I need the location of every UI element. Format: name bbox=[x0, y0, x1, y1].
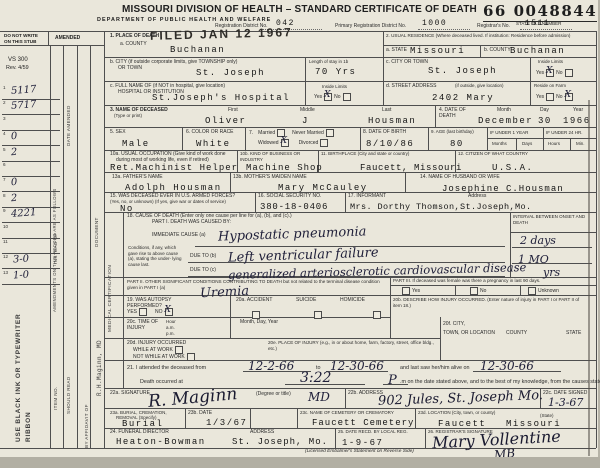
grid-line bbox=[90, 45, 91, 448]
stub-item-number: 2 bbox=[3, 100, 6, 105]
months-label: Months bbox=[492, 141, 507, 147]
last-name-label: Last bbox=[382, 107, 391, 113]
res-street-value: 2402 Mary bbox=[432, 93, 494, 103]
dod-month-value: December bbox=[478, 116, 533, 126]
grid-line bbox=[455, 285, 456, 295]
min-label: Min. bbox=[576, 141, 585, 147]
last-name-value: Housman bbox=[368, 116, 416, 126]
grid-line bbox=[2, 145, 60, 146]
due-to-c-label: DUE TO (c) bbox=[190, 267, 216, 273]
part3-label: PART III. If deceased was female was the… bbox=[393, 278, 553, 284]
attended-label: 21. I attended the deceased from bbox=[127, 365, 206, 372]
grid-line bbox=[530, 57, 531, 105]
injury-state-label: STATE bbox=[566, 330, 581, 336]
grid-line bbox=[487, 138, 596, 139]
grid-line bbox=[480, 45, 481, 57]
stub-item-value: 2 bbox=[10, 147, 17, 158]
accident-label: 20a. ACCIDENT bbox=[236, 297, 272, 303]
age-label: 9. AGE (last birthday) bbox=[431, 129, 483, 135]
stub-amended-label: AMENDED bbox=[55, 35, 80, 41]
pregnancy-unknown-label: Unknown bbox=[538, 288, 559, 294]
photo-bottom-edge bbox=[0, 457, 600, 468]
residence-section-label: 2. USUAL RESIDENCE (Where deceased lived… bbox=[386, 33, 594, 39]
res-farm-yes-checkbox bbox=[546, 93, 554, 101]
pod-inside-yes-label: Yes bbox=[314, 94, 322, 100]
place-of-injury-label: 20e. PLACE OF INJURY (e.g., in or about … bbox=[268, 340, 436, 351]
cemetery-label: 23c. NAME OF CEMETERY OR CREMATORY bbox=[300, 410, 394, 416]
date-received-label: 25. DATE RECD. BY LOCAL REG. bbox=[338, 429, 418, 435]
describe-injury-label: 20b. DESCRIBE HOW INJURY OCCURRED. (Ente… bbox=[393, 297, 589, 308]
pregnancy-no-checkbox bbox=[470, 287, 478, 295]
if-under-1-year-label: IF UNDER 1 YEAR bbox=[490, 130, 528, 136]
informant-label: 17. INFORMANT bbox=[348, 193, 386, 199]
first-name-value: Oliver bbox=[205, 116, 246, 126]
grid-line bbox=[123, 212, 124, 388]
death-occurred-label: Death occurred at bbox=[140, 379, 183, 386]
res-inside-yes-mark: X bbox=[546, 66, 552, 76]
am-label: a.m. bbox=[166, 325, 175, 331]
grid-line bbox=[104, 295, 596, 296]
registrar-no-label: Registrar's No. bbox=[477, 23, 510, 29]
grid-line bbox=[543, 127, 544, 150]
grid-line bbox=[48, 31, 49, 45]
stub-item-row: 25717 bbox=[3, 100, 61, 111]
never-married-label: Never Married bbox=[292, 130, 324, 136]
res-county-value: Buchanan bbox=[510, 46, 565, 56]
grid-line bbox=[63, 45, 64, 448]
death-time-value: 3:22 bbox=[300, 370, 331, 386]
grid-line bbox=[405, 172, 406, 192]
grid-line bbox=[297, 408, 298, 428]
date-received-value: 1-9-67 bbox=[342, 438, 383, 448]
location-label: 23d. LOCATION (City, town, or county) bbox=[418, 410, 495, 416]
degree-or-title-label: (Degree or title) bbox=[256, 391, 291, 397]
grid-line bbox=[435, 105, 436, 127]
days-label: Days bbox=[522, 141, 532, 147]
grid-line bbox=[510, 232, 596, 233]
grid-line bbox=[104, 338, 440, 339]
length-of-stay-value: 70 Yrs bbox=[315, 67, 356, 77]
occupation-value: Ret.Machinist Helper bbox=[110, 163, 238, 173]
stub-item-value: 5717 bbox=[10, 99, 36, 112]
res-inside-yes-checkbox: X bbox=[546, 69, 554, 77]
dod-year-value: 1966 bbox=[563, 116, 591, 126]
middle-name-value: J bbox=[302, 116, 309, 126]
dob-value: 8/10/86 bbox=[366, 139, 414, 149]
res-street-note: (if outside, give location) bbox=[455, 83, 504, 89]
pod-inside-no-checkbox bbox=[343, 93, 351, 101]
part2-label: PART II. OTHER SIGNIFICANT CONDITIONS CO… bbox=[127, 279, 385, 290]
spouse-name-value: Josephine C.Housman bbox=[442, 184, 564, 194]
place-of-death-section-label: 1. PLACE OF DEATH bbox=[110, 33, 159, 39]
stub-item-number: 1 bbox=[3, 85, 6, 90]
dod-day-label: Day bbox=[540, 107, 549, 113]
birthplace-label: 11. BIRTHPLACE (City and state or countr… bbox=[321, 151, 421, 157]
grid-line bbox=[487, 127, 488, 150]
funeral-director-value: Heaton-Bowman bbox=[116, 437, 206, 447]
homicide-label: HOMICIDE bbox=[340, 297, 365, 303]
suicide-label: SUICIDE bbox=[296, 297, 316, 303]
grid-line bbox=[345, 388, 346, 408]
grid-line bbox=[230, 295, 231, 338]
instead-of-column-label: INSTEAD OF bbox=[53, 202, 58, 264]
burial-value: Burial bbox=[122, 419, 163, 429]
if-under-24hr-label: IF UNDER 24 HR. bbox=[546, 130, 583, 136]
pregnancy-unknown-checkbox bbox=[528, 287, 536, 295]
death-certificate-scan: MISSOURI DIVISION OF HEALTH – STANDARD C… bbox=[0, 0, 600, 468]
stub-item-number: 5 bbox=[3, 147, 6, 152]
res-farm-no-checkbox: X bbox=[565, 93, 573, 101]
pod-hospital-value: St.Joseph's Hospital bbox=[152, 93, 290, 103]
stub-do-not-write-label: DO NOT WRITE ON THIS STUB bbox=[4, 33, 46, 45]
stub-item-row: 3 bbox=[3, 116, 61, 121]
grid-line bbox=[245, 127, 246, 150]
date-of-death-label: 4. DATE OF DEATH bbox=[439, 107, 469, 120]
res-inside-yes-label: Yes bbox=[536, 70, 544, 76]
signature-label: 22a. SIGNATURE bbox=[110, 390, 150, 396]
grid-line bbox=[255, 192, 256, 212]
not-while-at-work-label: NOT WHILE AT WORK bbox=[133, 354, 185, 360]
grid-line bbox=[185, 408, 186, 428]
pregnancy-yes-label: Yes bbox=[412, 288, 420, 294]
dod-day-value: 30 bbox=[538, 116, 552, 126]
pod-inside-no-label: No bbox=[334, 94, 340, 100]
item-no-column-label: ITEM NO. bbox=[53, 356, 58, 410]
res-street-label: d. STREET ADDRESS bbox=[386, 83, 436, 89]
res-inside-no-checkbox bbox=[565, 69, 573, 77]
res-state-value: Missouri bbox=[410, 46, 465, 56]
industry-label: 10b. KIND OF BUSINESS OR INDUSTRY bbox=[240, 151, 315, 162]
grid-line bbox=[104, 127, 596, 128]
informant-value: Mrs. Dorthy Thomson,St.Joseph,Mo. bbox=[350, 202, 532, 212]
burial-date-label: 23b. DATE bbox=[188, 410, 212, 416]
stub-item-number: 4 bbox=[3, 131, 6, 136]
ssn-label: 16. SOCIAL SECURITY NO. bbox=[258, 193, 321, 199]
res-city-label: c. CITY OR TOWN bbox=[386, 59, 428, 65]
middle-name-label: Middle bbox=[300, 107, 315, 113]
res-inside-no-label: No bbox=[556, 70, 562, 76]
photo-right-edge-line bbox=[588, 100, 590, 456]
suicide-checkbox bbox=[314, 311, 322, 319]
grid-line bbox=[415, 408, 416, 428]
citizen-value: U.S.A. bbox=[492, 163, 533, 173]
stub-item-value: 1-0 bbox=[13, 269, 30, 281]
injury-city-label: 20f. CITY, bbox=[443, 321, 465, 327]
hour-label: Hour bbox=[166, 319, 176, 325]
age-value: 80 bbox=[450, 139, 464, 149]
pregnancy-no-label: No bbox=[480, 288, 486, 294]
part1-label: PART I. DEATH WAS CAUSED BY: bbox=[152, 219, 231, 225]
mother-name-label: 13b. MOTHER'S MAIDEN NAME bbox=[233, 174, 307, 180]
stub-item-row: 40 bbox=[3, 131, 61, 142]
res-farm-yes-label: Yes bbox=[536, 94, 544, 100]
autopsy-no-checkbox: X bbox=[165, 308, 173, 316]
grid-line bbox=[425, 428, 426, 448]
stub-item-number: 10 bbox=[3, 224, 8, 229]
stub-item-number: 13 bbox=[3, 270, 8, 275]
death-meridiem-value: P bbox=[388, 373, 397, 388]
due-to-b-label: DUE TO (b) bbox=[190, 253, 216, 259]
stub-item-value: 5117 bbox=[10, 84, 36, 97]
grid-line bbox=[390, 277, 391, 338]
not-while-at-work-checkbox bbox=[187, 353, 195, 361]
grid-line bbox=[520, 285, 521, 295]
stub-item-value: 4221 bbox=[10, 207, 36, 220]
stub-item-value: 0 bbox=[10, 177, 17, 188]
page-title: MISSOURI DIVISION OF HEALTH – STANDARD C… bbox=[112, 4, 487, 15]
grid-line bbox=[104, 81, 596, 82]
length-of-stay-label: Length of stay in 1b bbox=[309, 59, 348, 65]
stub-item-number: 7 bbox=[3, 177, 6, 182]
last-saw-label: and last saw her/him alive on bbox=[400, 365, 470, 372]
grid-line bbox=[418, 29, 470, 30]
grid-line bbox=[104, 31, 105, 448]
grid-line bbox=[428, 127, 429, 150]
homicide-checkbox bbox=[373, 311, 381, 319]
date-signed-value: 1-3-67 bbox=[548, 396, 583, 409]
pod-county-label: a. COUNTY bbox=[120, 41, 147, 47]
dob-label: 8. DATE OF BIRTH bbox=[363, 129, 406, 135]
divorced-label: Divorced bbox=[299, 140, 319, 146]
race-value: White bbox=[196, 139, 231, 149]
interval-header-label: INTERVAL BETWEEN ONSET AND DEATH bbox=[513, 214, 591, 225]
grid-line bbox=[335, 428, 336, 448]
divorced-checkbox bbox=[320, 139, 328, 147]
location-state-note: (State) bbox=[540, 413, 554, 419]
grid-line bbox=[390, 285, 596, 286]
res-inside-limits-label: Inside Limits bbox=[538, 59, 563, 65]
stub-item-row: 15117 bbox=[3, 85, 61, 96]
conditions-note: Conditions, if any, which gave rise to a… bbox=[128, 245, 184, 268]
widowed-mark: X bbox=[281, 136, 287, 146]
attended-from-date: 12-2-66 bbox=[248, 359, 294, 373]
stub-item-number: 11 bbox=[3, 239, 8, 244]
grid-line bbox=[345, 192, 346, 212]
father-name-value: Adolph Housman bbox=[125, 183, 222, 193]
grid-line bbox=[0, 31, 596, 32]
name-of-deceased-note: (Type or print) bbox=[114, 113, 142, 119]
date-amended-column-label: DATE AMENDED bbox=[66, 58, 71, 146]
grid-line bbox=[512, 247, 592, 248]
primary-district-label: Primary Registration District No. bbox=[335, 23, 406, 29]
res-farm-label: Reside on Farm bbox=[534, 83, 566, 89]
grid-line bbox=[360, 127, 361, 150]
widowed-checkbox: X bbox=[281, 139, 289, 147]
grid-line bbox=[104, 105, 596, 106]
mother-name-value: Mary McCauley bbox=[278, 183, 368, 193]
ssn-value: 380-18-0406 bbox=[260, 202, 328, 212]
cemetery-value: Faucett Cemetery bbox=[312, 418, 414, 428]
grid-line bbox=[104, 317, 390, 318]
by-affidavit-column-label: BY AFFIDAVIT OF bbox=[84, 376, 89, 448]
location-value: Faucett bbox=[438, 419, 486, 429]
stub-item-number: 12 bbox=[3, 254, 8, 259]
industry-value: Machine Shop bbox=[246, 163, 323, 173]
immediate-cause-label: IMMEDIATE CAUSE (a) bbox=[152, 232, 206, 238]
res-county-label: b. COUNTY bbox=[484, 47, 511, 53]
widowed-label: Widowed bbox=[258, 140, 279, 146]
should-read-column-label: SHOULD READ bbox=[66, 348, 71, 414]
grid-line bbox=[520, 29, 572, 30]
autopsy-no-mark: X bbox=[165, 305, 171, 315]
marital-item-number: 7. bbox=[249, 130, 253, 136]
grid-line bbox=[182, 127, 183, 150]
grid-line bbox=[305, 57, 306, 105]
primary-district-value: 1000 bbox=[422, 19, 447, 28]
stub-form-number: VS 300 bbox=[8, 57, 28, 63]
spouse-name-label: 14. NAME OF HUSBAND OR WIFE bbox=[420, 174, 500, 180]
citizen-label: 12. CITIZEN OF WHAT COUNTRY bbox=[458, 151, 528, 157]
medical-certification-vertical-label: MEDICAL CERTIFICATION bbox=[108, 232, 113, 332]
father-name-label: 13a. FATHER'S NAME bbox=[112, 174, 163, 180]
grid-line bbox=[77, 45, 78, 448]
pod-inside-yes-checkbox: X bbox=[324, 93, 332, 101]
pod-inside-limits-label: Inside Limits bbox=[322, 84, 347, 90]
grid-line bbox=[383, 31, 384, 105]
burial-date-value: 1/3/67 bbox=[206, 418, 247, 428]
never-married-checkbox bbox=[326, 129, 334, 137]
res-farm-no-label: No bbox=[556, 94, 562, 100]
autopsy-no-label: NO bbox=[155, 309, 163, 315]
grid-line bbox=[516, 138, 517, 150]
hours-label: Hours bbox=[548, 141, 560, 147]
stub-item-value: 0 bbox=[10, 131, 17, 142]
pod-county-value: Buchanan bbox=[170, 45, 225, 55]
stub-item-value: 3-0 bbox=[13, 253, 30, 265]
funeral-director-label: 24. FUNERAL DIRECTOR bbox=[110, 429, 169, 435]
interval-a-value: 2 days bbox=[520, 234, 556, 247]
pm-label: p.m. bbox=[166, 331, 175, 337]
autopsy-yes-checkbox bbox=[139, 308, 147, 316]
pregnancy-yes-checkbox bbox=[402, 287, 410, 295]
embalmer-note: (Licensed Embalmer's Statement on Revers… bbox=[305, 449, 414, 455]
degree-value: MD bbox=[308, 390, 330, 404]
autopsy-yes-label: YES bbox=[127, 309, 137, 315]
death-statement-tail: .m on the date stated above, and to the … bbox=[400, 379, 600, 386]
married-label: Married bbox=[258, 130, 275, 136]
race-label: 6. COLOR OR RACE bbox=[186, 129, 234, 135]
injury-county-label: COUNTY bbox=[506, 330, 527, 336]
document-column-label: DOCUMENT bbox=[94, 195, 99, 247]
res-state-label: a. STATE bbox=[386, 47, 407, 53]
res-farm-no-mark: X bbox=[565, 90, 571, 100]
funeral-address-value: St. Joseph, Mo. bbox=[232, 437, 328, 447]
sex-value: Male bbox=[122, 139, 150, 149]
stub-item-number: 6 bbox=[3, 162, 6, 167]
first-name-label: First bbox=[228, 107, 238, 113]
stub-item-value: 2 bbox=[10, 193, 17, 204]
dod-year-label: Year bbox=[573, 107, 583, 113]
grid-line bbox=[230, 172, 231, 192]
pod-city-value: St. Joseph bbox=[196, 68, 265, 78]
res-city-value: St. Joseph bbox=[428, 66, 497, 76]
use-black-ink-vertical-label: USE BLACK INK OR TYPEWRITER RIBBON bbox=[14, 300, 44, 442]
injury-city-label2: TOWN, OR LOCATION bbox=[443, 330, 495, 336]
funeral-address-label: ADDRESS bbox=[250, 429, 274, 435]
accident-checkbox bbox=[252, 311, 260, 319]
grid-line bbox=[570, 138, 571, 150]
time-of-injury-label: 20c. TIME OF INJURY bbox=[127, 319, 161, 332]
stub-item-number: 3 bbox=[3, 116, 6, 121]
stub-form-revision: Rev. 4/59 bbox=[6, 65, 29, 71]
informant-address-label: Address bbox=[468, 193, 486, 199]
grid-line bbox=[250, 408, 251, 428]
last-saw-date: 12-30-66 bbox=[480, 359, 534, 373]
pod-inside-yes-mark: X bbox=[324, 90, 330, 100]
attended-to-date: 12-30-66 bbox=[330, 359, 384, 373]
stub-item-number: 9 bbox=[3, 208, 6, 213]
dod-month-label: Month bbox=[497, 107, 511, 113]
sex-label: 5. SEX bbox=[110, 129, 126, 135]
physician-name-vertical: R.H.Maginn, MD bbox=[96, 300, 103, 396]
stub-item-number: 8 bbox=[3, 193, 6, 198]
birthplace-value: Faucett, Missouri bbox=[360, 163, 462, 173]
grid-line bbox=[0, 45, 104, 46]
month-day-year-label: Month, Day, Year bbox=[240, 319, 278, 325]
grid-line bbox=[104, 57, 596, 58]
registrar-no-value: 1511 bbox=[525, 19, 550, 28]
grid-line bbox=[440, 317, 441, 360]
pod-city-label2: OR TOWN bbox=[118, 65, 142, 71]
